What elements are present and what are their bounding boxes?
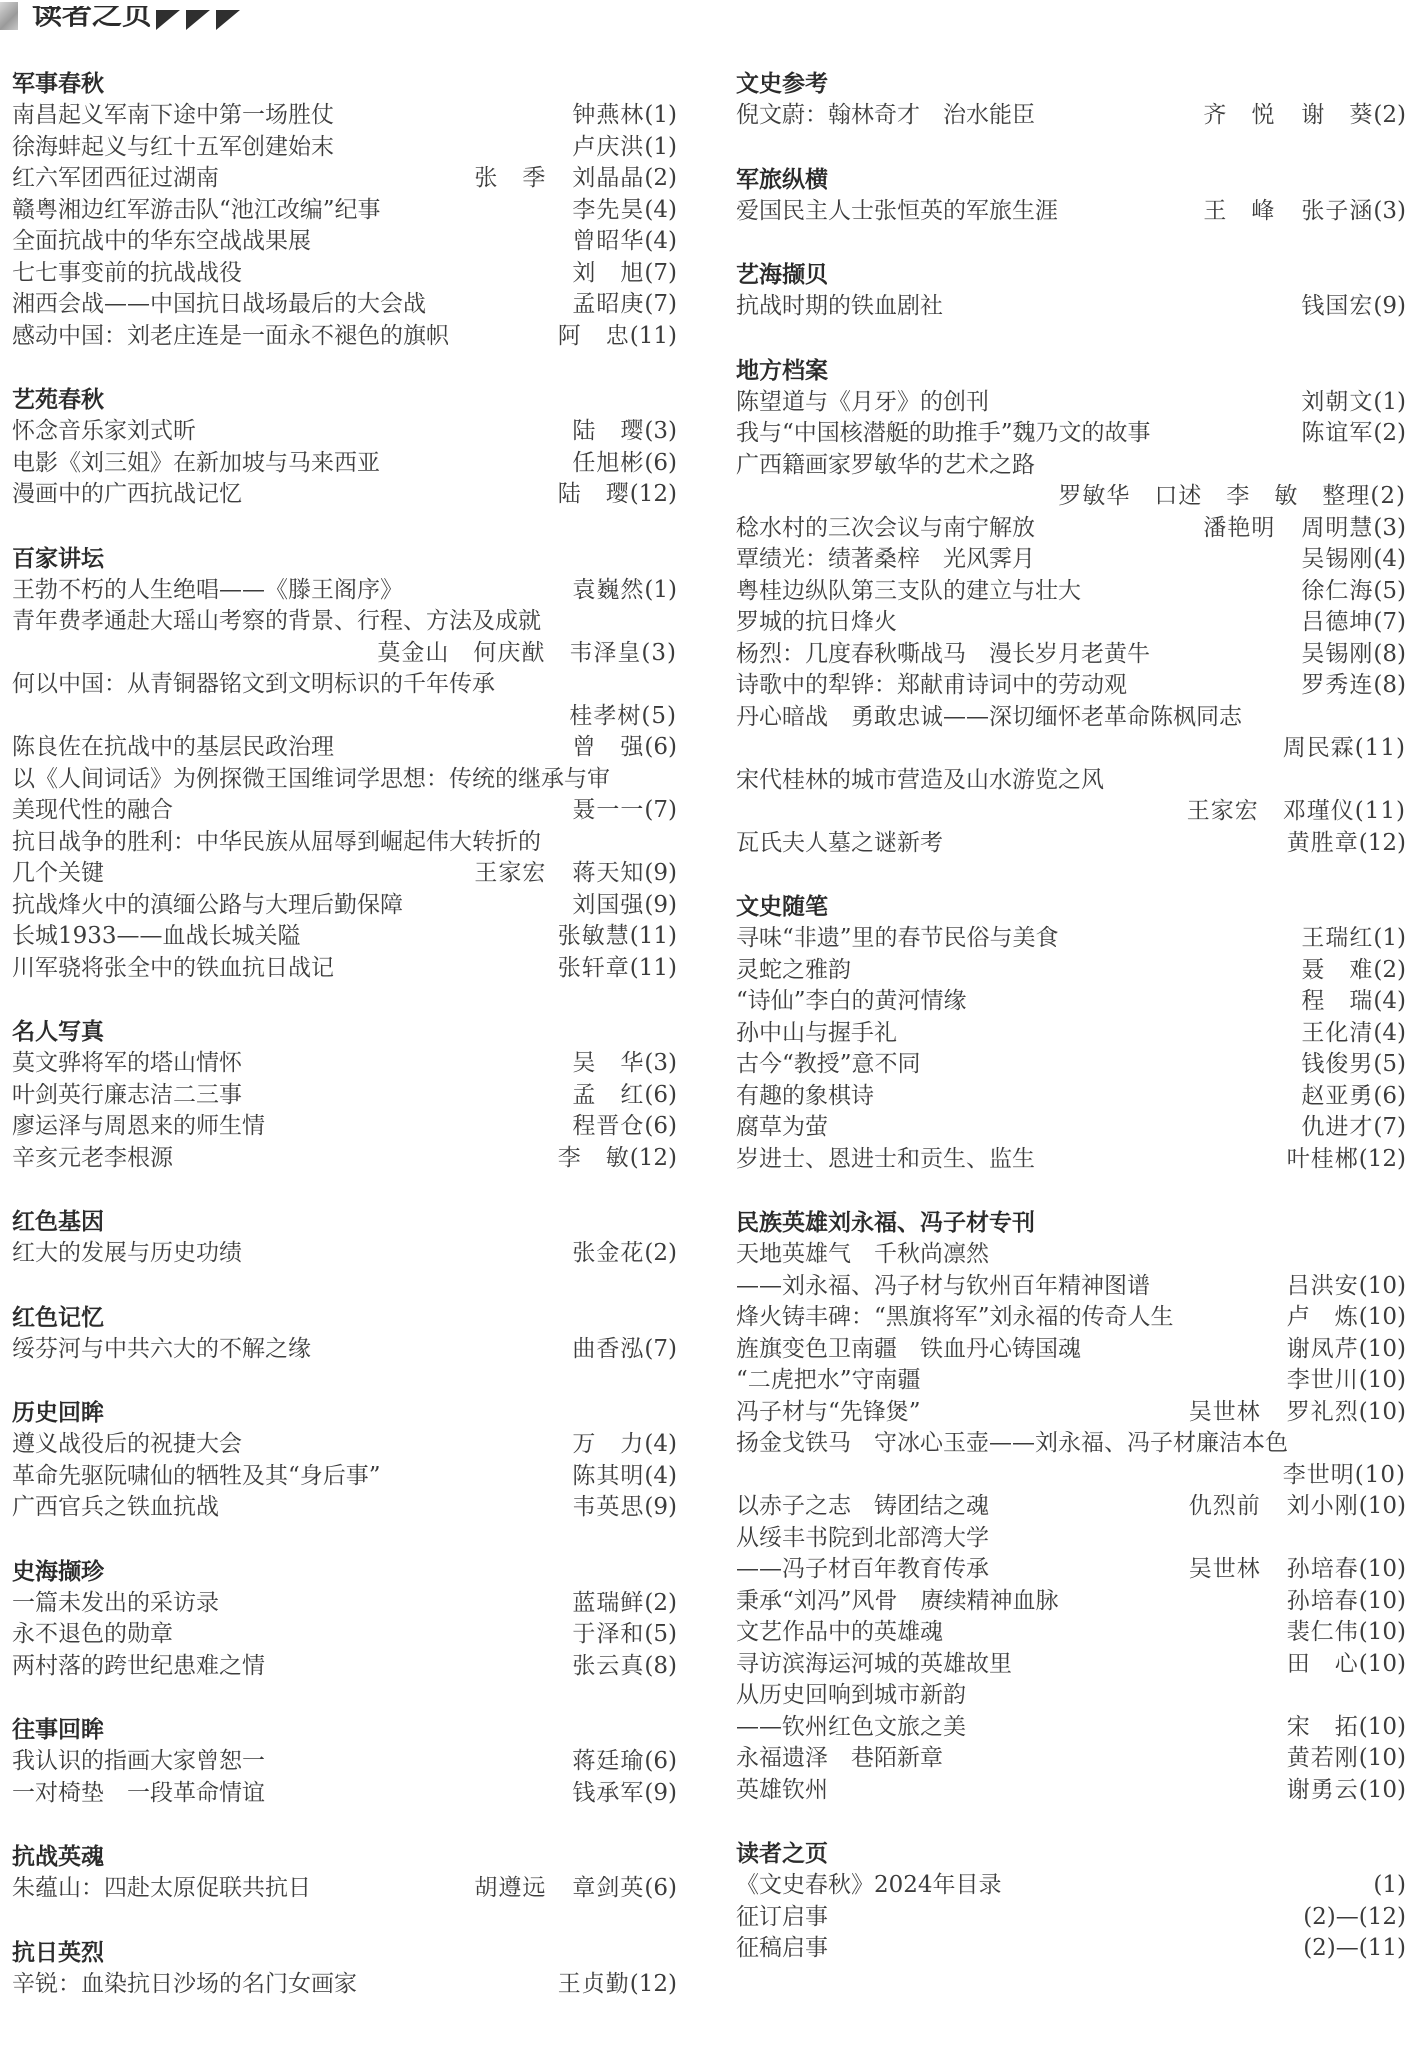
entry-title[interactable]: 永福遗泽 巷陌新章 [736,1743,943,1775]
toc-entry[interactable]: 英雄钦州谢勇云(10) [736,1775,1406,1807]
entry-row: “诗仙”李白的黄河情缘程 瑞(4) [736,986,1406,1018]
entry-issue: (1) [1373,1872,1406,1898]
entry-byline: 钱承军(9) [572,1778,677,1810]
entry-issue: (12) [630,481,677,507]
entry-row: 冯子材与“先锋煲”吴世林罗礼烈(10) [736,1397,1406,1429]
toc-entry[interactable]: 漫画中的广西抗战记忆陆 璎(12) [12,479,677,511]
section-title: 抗日英烈 [12,1937,677,1969]
entry-issue: (10) [1359,1273,1406,1299]
toc-entry[interactable]: 革命先驱阮啸仙的牺牲及其“身后事”陈其明(4) [12,1461,677,1493]
toc-entry[interactable]: 有趣的象棋诗赵亚勇(6) [736,1081,1406,1113]
toc-entry[interactable]: 辛锐：血染抗日沙场的名门女画家王贞勤(12) [12,1969,677,2001]
entry-row: 朱蕴山：四赴太原促联共抗日胡遵远章剑英(6) [12,1873,677,1905]
toc-entry[interactable]: 旌旗变色卫南疆 铁血丹心铸国魂谢凤芹(10) [736,1334,1406,1366]
entry-title[interactable]: 广西官兵之铁血抗战 [12,1492,219,1524]
entry-title[interactable]: 扬金戈铁马 守冰心玉壶——刘永福、冯子材廉洁本色 [736,1428,1288,1460]
entry-title-continued[interactable]: ——刘永福、冯子材与钦州百年精神图谱 [736,1271,1150,1303]
entry-title[interactable]: 腐草为萤 [736,1112,828,1144]
entry-issue: (10) [1359,1556,1406,1582]
entry-title[interactable]: 灵蛇之雅韵 [736,955,851,987]
toc-entry[interactable]: 孙中山与握手礼王化清(4) [736,1018,1406,1050]
entry-title[interactable]: 爱国民主人士张恒英的军旅生涯 [736,196,1058,228]
entry-issue: (8) [1373,641,1406,667]
entry-row: 感动中国：刘老庄连是一面永不褪色的旗帜阿 忠(11) [12,321,677,353]
toc-entry[interactable]: 以《人间词话》为例探微王国维词学思想：传统的继承与审美现代性的融合聂一一(7) [12,764,677,827]
entry-title[interactable]: 以赤子之志 铸团结之魂 [736,1491,989,1523]
entry-title[interactable]: 辛亥元老李根源 [12,1143,173,1175]
toc-entry[interactable]: 瓦氏夫人墓之谜新考黄胜章(12) [736,828,1406,860]
entry-author: 曲香泓 [572,1336,644,1362]
entry-title[interactable]: 英雄钦州 [736,1775,828,1807]
entry-title[interactable]: 征稿启事 [736,1933,828,1965]
entry-row: ——钦州红色文旅之美宋 拓(10) [736,1712,1406,1744]
entry-row: 抗战烽火中的滇缅公路与大理后勤保障刘国强(9) [12,890,677,922]
entry-title[interactable]: 稔水村的三次会议与南宁解放 [736,513,1035,545]
toc-column-left: 军事春秋南昌起义军南下途中第一场胜仗钟燕林(1)徐海蚌起义与红十五军创建始末卢庆… [12,68,677,2032]
entry-title[interactable]: 一对椅垫 一段革命情谊 [12,1778,265,1810]
entry-issue: (7) [644,1336,677,1362]
entry-title-row: 青年费孝通赴大瑶山考察的背景、行程、方法及成就 [12,606,677,638]
entry-title[interactable]: 叶剑英行廉志洁二三事 [12,1080,242,1112]
entry-title[interactable]: 诗歌中的犁铧：郑献甫诗词中的劳动观 [736,670,1127,702]
section-title: 文史随笔 [736,891,1406,923]
entry-author: 谢 葵 [1301,102,1373,128]
entry-title-row: 宋代桂林的城市营造及山水游览之风 [736,765,1406,797]
entry-title-continued[interactable]: ——冯子材百年教育传承 [736,1554,989,1586]
entry-row: 罗城的抗日烽火吕德坤(7) [736,607,1406,639]
entry-authors: 周民霖(11) [736,733,1406,765]
entry-byline: 曾 强(6) [572,732,677,764]
toc-entry[interactable]: 扬金戈铁马 守冰心玉壶——刘永福、冯子材廉洁本色李世明(10) [736,1428,1406,1491]
entry-byline: 王贞勤(12) [558,1969,677,2001]
entry-title[interactable]: 秉承“刘冯”风骨 赓续精神血脉 [736,1586,1059,1618]
toc-section: 百家讲坛王勃不朽的人生绝唱——《滕王阁序》袁巍然(1)青年费孝通赴大瑶山考察的背… [12,543,677,985]
entry-byline: 袁巍然(1) [572,575,677,607]
entry-title[interactable]: 寻访滨海运河城的英雄故里 [736,1649,1012,1681]
toc-entry[interactable]: 罗城的抗日烽火吕德坤(7) [736,607,1406,639]
toc-entry[interactable]: 寻访滨海运河城的英雄故里田 心(10) [736,1649,1406,1681]
entry-row: 怀念音乐家刘式昕陆 璎(3) [12,416,677,448]
toc-entry[interactable]: 红大的发展与历史功绩张金花(2) [12,1238,677,1270]
entry-issue: (6) [644,734,677,760]
entry-title[interactable]: 抗日战争的胜利：中华民族从屈辱到崛起伟大转折的 [12,827,541,859]
section-title: 军旅纵横 [736,164,1406,196]
entry-row: 长城1933——血战长城关隘张敏慧(11) [12,921,677,953]
section-title: 抗战英魂 [12,1841,677,1873]
toc-entry[interactable]: 南昌起义军南下途中第一场胜仗钟燕林(1) [12,100,677,132]
entry-author: 蒋天知 [572,860,644,886]
toc-entry[interactable]: 王勃不朽的人生绝唱——《滕王阁序》袁巍然(1) [12,575,677,607]
toc-entry[interactable]: 红六军团西征过湖南张 季刘晶晶(2) [12,163,677,195]
entry-author: 陆 璎 [572,418,644,444]
toc-entry[interactable]: 何以中国：从青铜器铭文到文明标识的千年传承桂孝树(5) [12,669,677,732]
toc-entry[interactable]: 以赤子之志 铸团结之魂仇烈前刘小刚(10) [736,1491,1406,1523]
entry-title-continued[interactable]: 美现代性的融合 [12,795,173,827]
toc-section: 抗战英魂朱蕴山：四赴太原促联共抗日胡遵远章剑英(6) [12,1841,677,1905]
entry-row: 美现代性的融合聂一一(7) [12,795,677,827]
entry-byline: 潘艳明周明慧(3) [1203,513,1406,545]
entry-title-row: 扬金戈铁马 守冰心玉壶——刘永福、冯子材廉洁本色 [736,1428,1406,1460]
entry-title[interactable]: 瓦氏夫人墓之谜新考 [736,828,943,860]
entry-title[interactable]: 永不退色的勋章 [12,1619,173,1651]
entry-byline: 刘 旭(7) [572,258,677,290]
entry-issue: (11) [630,323,677,349]
entry-byline: 叶桂郴(12) [1287,1144,1406,1176]
toc-section: 红色基因红大的发展与历史功绩张金花(2) [12,1206,677,1270]
toc-entry[interactable]: 永不退色的勋章于泽和(5) [12,1619,677,1651]
toc-entry[interactable]: 文艺作品中的英雄魂裴仁伟(10) [736,1617,1406,1649]
entry-issue: (10) [1359,1336,1406,1362]
entry-title[interactable]: 感动中国：刘老庄连是一面永不褪色的旗帜 [12,321,449,353]
entry-title[interactable]: 王勃不朽的人生绝唱——《滕王阁序》 [12,575,403,607]
toc-entry[interactable]: 廖运泽与周恩来的师生情程晋仓(6) [12,1111,677,1143]
entry-row: 赣粤湘边红军游击队“池江改编”纪事李先昊(4) [12,195,677,227]
entry-title-row: 从历史回响到城市新韵 [736,1680,1406,1712]
entry-issue: (10) [1359,1745,1406,1771]
entry-byline: 陈其明(4) [572,1461,677,1493]
toc-entry[interactable]: 青年费孝通赴大瑶山考察的背景、行程、方法及成就莫金山 何庆猷 韦泽皇(3) [12,606,677,669]
toc-entry[interactable]: 辛亥元老李根源李 敏(12) [12,1143,677,1175]
entry-title[interactable]: 文艺作品中的英雄魂 [736,1617,943,1649]
toc-entry[interactable]: “诗仙”李白的黄河情缘程 瑞(4) [736,986,1406,1018]
entry-title[interactable]: 廖运泽与周恩来的师生情 [12,1111,265,1143]
entry-title[interactable]: 全面抗战中的华东空战战果展 [12,226,311,258]
entry-issue: (2) [644,1590,677,1616]
entry-issue: (5) [1373,578,1406,604]
toc-entry[interactable]: 灵蛇之雅韵聂 难(2) [736,955,1406,987]
entry-row: 覃绩光：绩著桑梓 光风霁月吴锡刚(4) [736,544,1406,576]
entry-title[interactable]: 覃绩光：绩著桑梓 光风霁月 [736,544,1035,576]
entry-title[interactable]: 粤桂边纵队第三支队的建立与壮大 [736,576,1081,608]
entry-title[interactable]: 《文史春秋》2024年目录 [736,1870,1002,1902]
entry-title[interactable]: 古今“教授”意不同 [736,1049,921,1081]
entry-issue: (5) [644,1621,677,1647]
toc-entry[interactable]: 《文史春秋》2024年目录(1) [736,1870,1406,1902]
entry-row: 诗歌中的犁铧：郑献甫诗词中的劳动观罗秀连(8) [736,670,1406,702]
toc-entry[interactable]: 冯子材与“先锋煲”吴世林罗礼烈(10) [736,1397,1406,1429]
entry-row: 以赤子之志 铸团结之魂仇烈前刘小刚(10) [736,1491,1406,1523]
toc-entry[interactable]: 朱蕴山：四赴太原促联共抗日胡遵远章剑英(6) [12,1873,677,1905]
entry-byline: (2)—(12) [1303,1902,1406,1934]
toc-column-right: 文史参考倪文蔚：翰林奇才 治水能臣齐 悦谢 葵(2)军旅纵横爱国民主人士张恒英的… [736,68,1406,1997]
entry-title[interactable]: 冯子材与“先锋煲” [736,1397,921,1429]
entry-row: 瓦氏夫人墓之谜新考黄胜章(12) [736,828,1406,860]
toc-entry[interactable]: 湘西会战——中国抗日战场最后的大会战孟昭庚(7) [12,289,677,321]
entry-issue: (3) [1373,198,1406,224]
entry-row: 灵蛇之雅韵聂 难(2) [736,955,1406,987]
entry-title[interactable]: 抗战时期的铁血剧社 [736,291,943,323]
toc-entry[interactable]: 广西官兵之铁血抗战韦英思(9) [12,1492,677,1524]
entry-byline: 钱国宏(9) [1301,291,1406,323]
entry-title[interactable]: 红大的发展与历史功绩 [12,1238,242,1270]
entry-byline: 仇烈前刘小刚(10) [1189,1491,1406,1523]
entry-issue: (11) [630,923,677,949]
entry-title[interactable]: “二虎把水”守南疆 [736,1365,921,1397]
entry-author: 任旭彬 [572,450,644,476]
entry-title[interactable]: 我认识的指画大家曾恕一 [12,1746,265,1778]
entry-issue: (6) [644,1082,677,1108]
toc-entry[interactable]: 徐海蚌起义与红十五军创建始末卢庆洪(1) [12,132,677,164]
entry-row: 电影《刘三姐》在新加坡与马来西亚任旭彬(6) [12,448,677,480]
entry-byline: 孟 红(6) [572,1080,677,1112]
entry-issue: (10) [1359,1714,1406,1740]
entry-title[interactable]: 抗战烽火中的滇缅公路与大理后勤保障 [12,890,403,922]
entry-author: 孙培春 [1287,1556,1359,1582]
toc-entry[interactable]: 诗歌中的犁铧：郑献甫诗词中的劳动观罗秀连(8) [736,670,1406,702]
entry-title-continued[interactable]: 几个关键 [12,858,104,890]
entry-row: 腐草为萤仇进才(7) [736,1112,1406,1144]
entry-author: 王贞勤 [558,1971,630,1997]
entry-row: 抗战时期的铁血剧社钱国宏(9) [736,291,1406,323]
entry-coauthor: 潘艳明 [1203,515,1275,541]
entry-title[interactable]: 南昌起义军南下途中第一场胜仗 [12,100,334,132]
entry-row: 漫画中的广西抗战记忆陆 璎(12) [12,479,677,511]
entry-title[interactable]: 革命先驱阮啸仙的牺牲及其“身后事” [12,1461,381,1493]
entry-title[interactable]: 旌旗变色卫南疆 铁血丹心铸国魂 [736,1334,1081,1366]
entry-byline: 吕洪安(10) [1287,1271,1406,1303]
entry-title[interactable]: 以《人间词话》为例探微王国维词学思想：传统的继承与审 [12,764,610,796]
entry-title[interactable]: 湘西会战——中国抗日战场最后的大会战 [12,289,426,321]
entry-author: 曾 强 [572,734,644,760]
entry-author: 陈谊军 [1301,420,1373,446]
entry-title[interactable]: 一篇未发出的采访录 [12,1588,219,1620]
entry-row: 爱国民主人士张恒英的军旅生涯王 峰张子涵(3) [736,196,1406,228]
entry-title[interactable]: 从历史回响到城市新韵 [736,1680,966,1712]
toc-entry[interactable]: 我认识的指画大家曾恕一蒋廷瑜(6) [12,1746,677,1778]
entry-author: 黄若刚 [1287,1745,1359,1771]
toc-entry[interactable]: 天地英雄气 千秋尚凛然——刘永福、冯子材与钦州百年精神图谱吕洪安(10) [736,1239,1406,1302]
toc-entry[interactable]: 陈望道与《月牙》的创刊刘朝文(1) [736,387,1406,419]
entry-byline: 罗秀连(8) [1301,670,1406,702]
toc-entry[interactable]: 绥芬河与中共六大的不解之缘曲香泓(7) [12,1334,677,1366]
toc-entry[interactable]: 怀念音乐家刘式昕陆 璎(3) [12,416,677,448]
entry-issue: (9) [644,860,677,886]
toc-entry[interactable]: 宋代桂林的城市营造及山水游览之风王家宏 邓瑾仪(11) [736,765,1406,828]
entry-title[interactable]: 绥芬河与中共六大的不解之缘 [12,1334,311,1366]
entry-title[interactable]: 徐海蚌起义与红十五军创建始末 [12,132,334,164]
entry-author: 刘小刚 [1287,1493,1359,1519]
entry-title[interactable]: 倪文蔚：翰林奇才 治水能臣 [736,100,1035,132]
toc-entry[interactable]: 岁进士、恩进士和贡生、监生叶桂郴(12) [736,1144,1406,1176]
entry-issue: (4) [644,1431,677,1457]
entry-issue: (1) [644,102,677,128]
entry-issue: (6) [1373,1083,1406,1109]
entry-author: 刘朝文 [1301,389,1373,415]
entry-title[interactable]: 何以中国：从青铜器铭文到文明标识的千年传承 [12,669,495,701]
toc-entry[interactable]: 粤桂边纵队第三支队的建立与壮大徐仁海(5) [736,576,1406,608]
entry-title-row: 天地英雄气 千秋尚凛然 [736,1239,1406,1271]
entry-title-row: 广西籍画家罗敏华的艺术之路 [736,450,1406,482]
entry-title[interactable]: 赣粤湘边红军游击队“池江改编”纪事 [12,195,381,227]
entry-title[interactable]: 寻味“非遗”里的春节民俗与美食 [736,923,1059,955]
toc-section: 历史回眸遵义战役后的祝捷大会万 力(4)革命先驱阮啸仙的牺牲及其“身后事”陈其明… [12,1397,677,1524]
entry-author: 罗秀连 [1301,672,1373,698]
section-title: 军事春秋 [12,68,677,100]
entry-title[interactable]: 征订启事 [736,1902,828,1934]
entry-byline: 吴 华(3) [572,1048,677,1080]
entry-row: 廖运泽与周恩来的师生情程晋仓(6) [12,1111,677,1143]
entry-author: 吕德坤 [1301,609,1373,635]
entry-title[interactable]: 漫画中的广西抗战记忆 [12,479,242,511]
entry-issue: (7) [1373,1114,1406,1140]
toc-entry[interactable]: 秉承“刘冯”风骨 赓续精神血脉孙培春(10) [736,1586,1406,1618]
entry-title[interactable]: 莫文骅将军的塔山情怀 [12,1048,242,1080]
entry-title[interactable]: 烽火铸丰碑：“黑旗将军”刘永福的传奇人生 [736,1302,1174,1334]
entry-row: 遵义战役后的祝捷大会万 力(4) [12,1429,677,1461]
toc-entry[interactable]: 陈良佐在抗战中的基层民政治理曾 强(6) [12,732,677,764]
entry-row: 绥芬河与中共六大的不解之缘曲香泓(7) [12,1334,677,1366]
toc-entry[interactable]: 古今“教授”意不同钱俊男(5) [736,1049,1406,1081]
entry-title[interactable]: 遵义战役后的祝捷大会 [12,1429,242,1461]
entry-author: 卢 炼 [1287,1304,1359,1330]
entry-issue: (10) [1359,1493,1406,1519]
entry-title[interactable]: 广西籍画家罗敏华的艺术之路 [736,450,1035,482]
toc-entry[interactable]: 赣粤湘边红军游击队“池江改编”纪事李先昊(4) [12,195,677,227]
toc-section: 文史参考倪文蔚：翰林奇才 治水能臣齐 悦谢 葵(2) [736,68,1406,132]
toc-entry[interactable]: 覃绩光：绩著桑梓 光风霁月吴锡刚(4) [736,544,1406,576]
toc-entry[interactable]: 烽火铸丰碑：“黑旗将军”刘永福的传奇人生卢 炼(10) [736,1302,1406,1334]
toc-entry[interactable]: 抗战烽火中的滇缅公路与大理后勤保障刘国强(9) [12,890,677,922]
toc-entry[interactable]: 两村落的跨世纪患难之情张云真(8) [12,1651,677,1683]
entry-title[interactable]: 电影《刘三姐》在新加坡与马来西亚 [12,448,380,480]
toc-entry[interactable]: 一篇未发出的采访录蓝瑞鲜(2) [12,1588,677,1620]
entry-issue: (6) [644,1748,677,1774]
toc-entry[interactable]: 丹心暗战 勇敢忠诚——深切缅怀老革命陈枫同志周民霖(11) [736,702,1406,765]
entry-author: 章剑英 [572,1875,644,1901]
toc-entry[interactable]: 全面抗战中的华东空战战果展曾昭华(4) [12,226,677,258]
toc-entry[interactable]: 叶剑英行廉志洁二三事孟 红(6) [12,1080,677,1112]
entry-title[interactable]: 岁进士、恩进士和贡生、监生 [736,1144,1035,1176]
entry-author: 刘晶晶 [572,165,644,191]
entry-title[interactable]: 丹心暗战 勇敢忠诚——深切缅怀老革命陈枫同志 [736,702,1242,734]
entry-byline: 赵亚勇(6) [1301,1081,1406,1113]
entry-byline: 吴锡刚(8) [1301,639,1406,671]
entry-title[interactable]: 七七事变前的抗战战役 [12,258,242,290]
entry-coauthor: 王 峰 [1203,198,1275,224]
toc-entry[interactable]: 莫文骅将军的塔山情怀吴 华(3) [12,1048,677,1080]
entry-title-row: 何以中国：从青铜器铭文到文明标识的千年传承 [12,669,677,701]
toc-entry[interactable]: 遵义战役后的祝捷大会万 力(4) [12,1429,677,1461]
entry-title[interactable]: 怀念音乐家刘式昕 [12,416,196,448]
entry-row: 辛亥元老李根源李 敏(12) [12,1143,677,1175]
entry-author: 钱俊男 [1301,1051,1373,1077]
toc-entry[interactable]: 杨烈：几度春秋嘶战马 漫长岁月老黄牛吴锡刚(8) [736,639,1406,671]
entry-issue: (4) [644,197,677,223]
toc-entry[interactable]: 从绥丰书院到北部湾大学——冯子材百年教育传承吴世林孙培春(10) [736,1523,1406,1586]
entry-title[interactable]: 罗城的抗日烽火 [736,607,897,639]
toc-section: 往事回眸我认识的指画大家曾恕一蒋廷瑜(6)一对椅垫 一段革命情谊钱承军(9) [12,1714,677,1809]
toc-entry[interactable]: 我与“中国核潜艇的助推手”魏乃文的故事陈谊军(2) [736,418,1406,450]
entry-author: 万 力 [572,1431,644,1457]
entry-title[interactable]: 宋代桂林的城市营造及山水游览之风 [736,765,1104,797]
entry-title[interactable]: 朱蕴山：四赴太原促联共抗日 [12,1873,311,1905]
entry-title[interactable]: 两村落的跨世纪患难之情 [12,1651,265,1683]
entry-title[interactable]: 陈望道与《月牙》的创刊 [736,387,989,419]
entry-title[interactable]: 红六军团西征过湖南 [12,163,219,195]
entry-issue: (5) [1373,1051,1406,1077]
toc-entry[interactable]: 征稿启事(2)—(11) [736,1933,1406,1965]
entry-byline: 胡遵远章剑英(6) [474,1873,677,1905]
entry-issue: (4) [1373,546,1406,572]
toc-entry[interactable]: “二虎把水”守南疆李世川(10) [736,1365,1406,1397]
toc-entry[interactable]: 抗战时期的铁血剧社钱国宏(9) [736,291,1406,323]
entry-row: 全面抗战中的华东空战战果展曾昭华(4) [12,226,677,258]
toc-entry[interactable]: 七七事变前的抗战战役刘 旭(7) [12,258,677,290]
entry-coauthor: 齐 悦 [1203,102,1275,128]
entry-byline: 李 敏(12) [558,1143,677,1175]
section-title: 往事回眸 [12,1714,677,1746]
entry-byline: 齐 悦谢 葵(2) [1203,100,1406,132]
toc-entry[interactable]: 永福遗泽 巷陌新章黄若刚(10) [736,1743,1406,1775]
toc-entry[interactable]: 川军骁将张全中的铁血抗日战记张轩章(11) [12,953,677,985]
entry-issue: (8) [1373,672,1406,698]
entry-title[interactable]: 长城1933——血战长城关隘 [12,921,301,953]
entry-title[interactable]: “诗仙”李白的黄河情缘 [736,986,967,1018]
entry-byline: 万 力(4) [572,1429,677,1461]
toc-entry[interactable]: 腐草为萤仇进才(7) [736,1112,1406,1144]
entry-coauthor: 张 季 [474,165,546,191]
entry-row: 倪文蔚：翰林奇才 治水能臣齐 悦谢 葵(2) [736,100,1406,132]
entry-author: 黄胜章 [1287,830,1359,856]
entry-issue: (9) [1373,293,1406,319]
entry-title[interactable]: 辛锐：血染抗日沙场的名门女画家 [12,1969,357,2001]
entry-authors: 李世明(10) [736,1460,1406,1492]
toc-entry[interactable]: 倪文蔚：翰林奇才 治水能臣齐 悦谢 葵(2) [736,100,1406,132]
entry-byline: 蒋廷瑜(6) [572,1746,677,1778]
toc-entry[interactable]: 抗日战争的胜利：中华民族从屈辱到崛起伟大转折的几个关键王家宏蒋天知(9) [12,827,677,890]
entry-title[interactable]: 我与“中国核潜艇的助推手”魏乃文的故事 [736,418,1151,450]
entry-title[interactable]: 有趣的象棋诗 [736,1081,874,1113]
toc-entry[interactable]: 征订启事(2)—(12) [736,1902,1406,1934]
entry-byline: 韦英思(9) [572,1492,677,1524]
entry-author: 刘 旭 [572,260,644,286]
entry-title-continued[interactable]: ——钦州红色文旅之美 [736,1712,966,1744]
toc-entry[interactable]: 长城1933——血战长城关隘张敏慧(11) [12,921,677,953]
toc-entry[interactable]: 电影《刘三姐》在新加坡与马来西亚任旭彬(6) [12,448,677,480]
entry-title[interactable]: 天地英雄气 千秋尚凛然 [736,1239,989,1271]
entry-row: 粤桂边纵队第三支队的建立与壮大徐仁海(5) [736,576,1406,608]
toc-entry[interactable]: 感动中国：刘老庄连是一面永不褪色的旗帜阿 忠(11) [12,321,677,353]
toc-entry[interactable]: 一对椅垫 一段革命情谊钱承军(9) [12,1778,677,1810]
toc-entry[interactable]: 爱国民主人士张恒英的军旅生涯王 峰张子涵(3) [736,196,1406,228]
entry-title[interactable]: 从绥丰书院到北部湾大学 [736,1523,989,1555]
section-title: 红色基因 [12,1206,677,1238]
entry-author: 陆 璎 [558,481,630,507]
entry-issue: (2) [1373,102,1406,128]
entry-title[interactable]: 杨烈：几度春秋嘶战马 漫长岁月老黄牛 [736,639,1150,671]
toc-entry[interactable]: 广西籍画家罗敏华的艺术之路罗敏华 口述 李 敏 整理(2) [736,450,1406,513]
entry-title[interactable]: 青年费孝通赴大瑶山考察的背景、行程、方法及成就 [12,606,541,638]
toc-entry[interactable]: 稔水村的三次会议与南宁解放潘艳明周明慧(3) [736,513,1406,545]
toc-entry[interactable]: 从历史回响到城市新韵——钦州红色文旅之美宋 拓(10) [736,1680,1406,1743]
entry-title[interactable]: 川军骁将张全中的铁血抗日战记 [12,953,334,985]
entry-row: 一对椅垫 一段革命情谊钱承军(9) [12,1778,677,1810]
toc-entry[interactable]: 寻味“非遗”里的春节民俗与美食王瑞红(1) [736,923,1406,955]
toc-section: 地方档案陈望道与《月牙》的创刊刘朝文(1)我与“中国核潜艇的助推手”魏乃文的故事… [736,355,1406,860]
entry-issue: (3) [644,1050,677,1076]
entry-byline: 李先昊(4) [572,195,677,227]
section-title: 红色记忆 [12,1302,677,1334]
entry-issue: (11) [630,955,677,981]
entry-title[interactable]: 陈良佐在抗战中的基层民政治理 [12,732,334,764]
entry-issue: (12) [630,1145,677,1171]
entry-author: 袁巍然 [572,577,644,603]
entry-byline: 王 峰张子涵(3) [1203,196,1406,228]
entry-author: 陈其明 [572,1463,644,1489]
toc-section: 抗日英烈辛锐：血染抗日沙场的名门女画家王贞勤(12) [12,1937,677,2001]
entry-title[interactable]: 孙中山与握手礼 [736,1018,897,1050]
entry-row: 征稿启事(2)—(11) [736,1933,1406,1965]
